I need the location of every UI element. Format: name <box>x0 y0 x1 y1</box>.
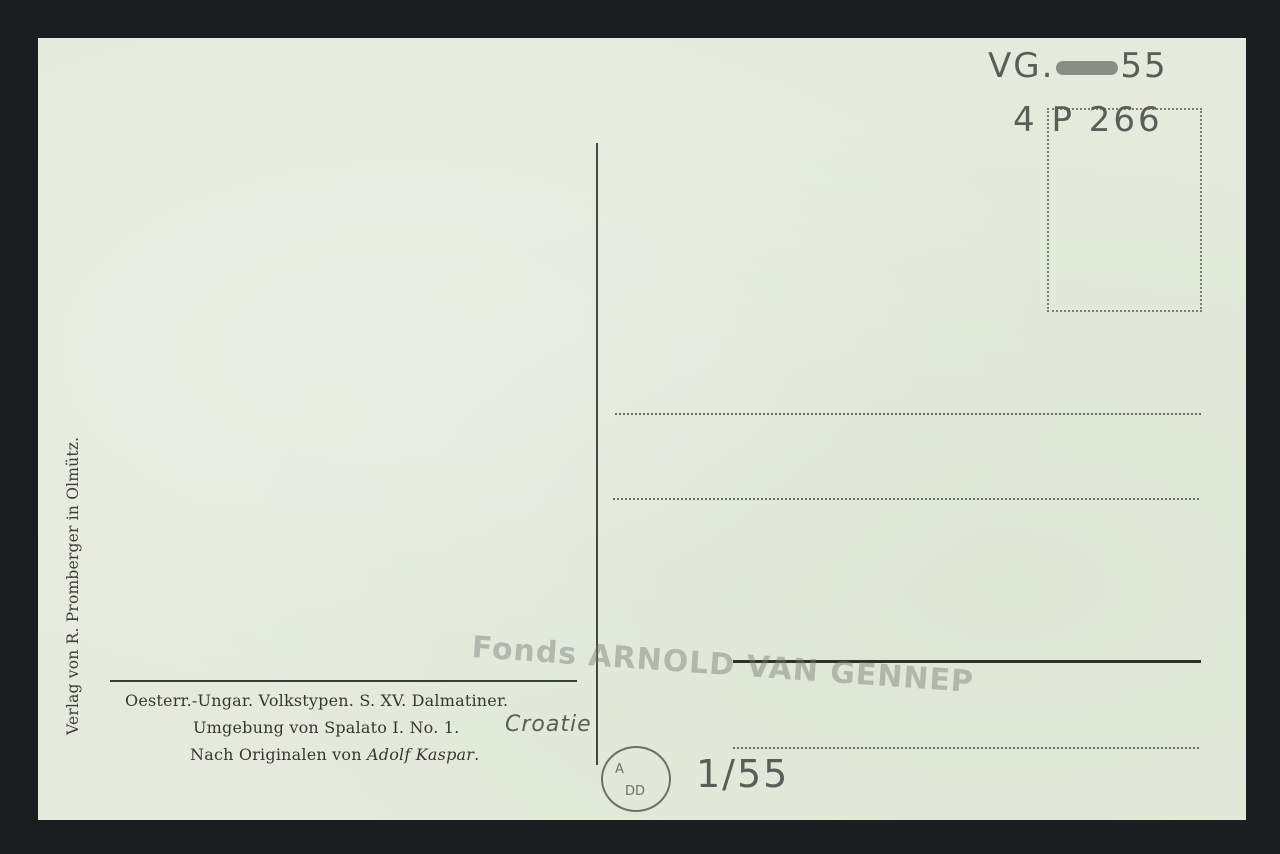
inventory-scribble <box>1056 61 1118 75</box>
caption-rule <box>110 680 577 682</box>
inventory-prefix: VG. <box>988 46 1054 86</box>
caption-line-artist: Nach Originalen von Adolf Kaspar. <box>190 745 479 764</box>
address-line-1 <box>615 413 1201 415</box>
caption-line-location: Umgebung von Spalato I. No. 1. <box>193 718 459 737</box>
round-stamp-top-text: A <box>615 762 624 777</box>
round-stamp-bottom-text: DD <box>625 784 645 799</box>
address-line-4 <box>733 747 1199 749</box>
caption-artist-name: Adolf Kaspar <box>367 745 474 764</box>
caption-artist-suffix: . <box>474 745 479 764</box>
caption-line-series: Oesterr.-Ungar. Volkstypen. S. XV. Dalma… <box>125 691 508 710</box>
handwritten-location-note: Croatie <box>505 712 592 737</box>
handwritten-item-count: 1/55 <box>696 752 789 796</box>
handwritten-inventory-number: VG.55 <box>988 46 1168 86</box>
caption-artist-prefix: Nach Originalen von <box>190 745 367 764</box>
round-archive-stamp: A DD <box>601 746 671 812</box>
publisher-imprint: Verlag von R. Promberger in Olmütz. <box>64 437 82 735</box>
inventory-suffix: 55 <box>1120 46 1167 86</box>
handwritten-reference-code: 4 P 266 <box>1013 100 1163 140</box>
address-line-2 <box>613 498 1199 500</box>
